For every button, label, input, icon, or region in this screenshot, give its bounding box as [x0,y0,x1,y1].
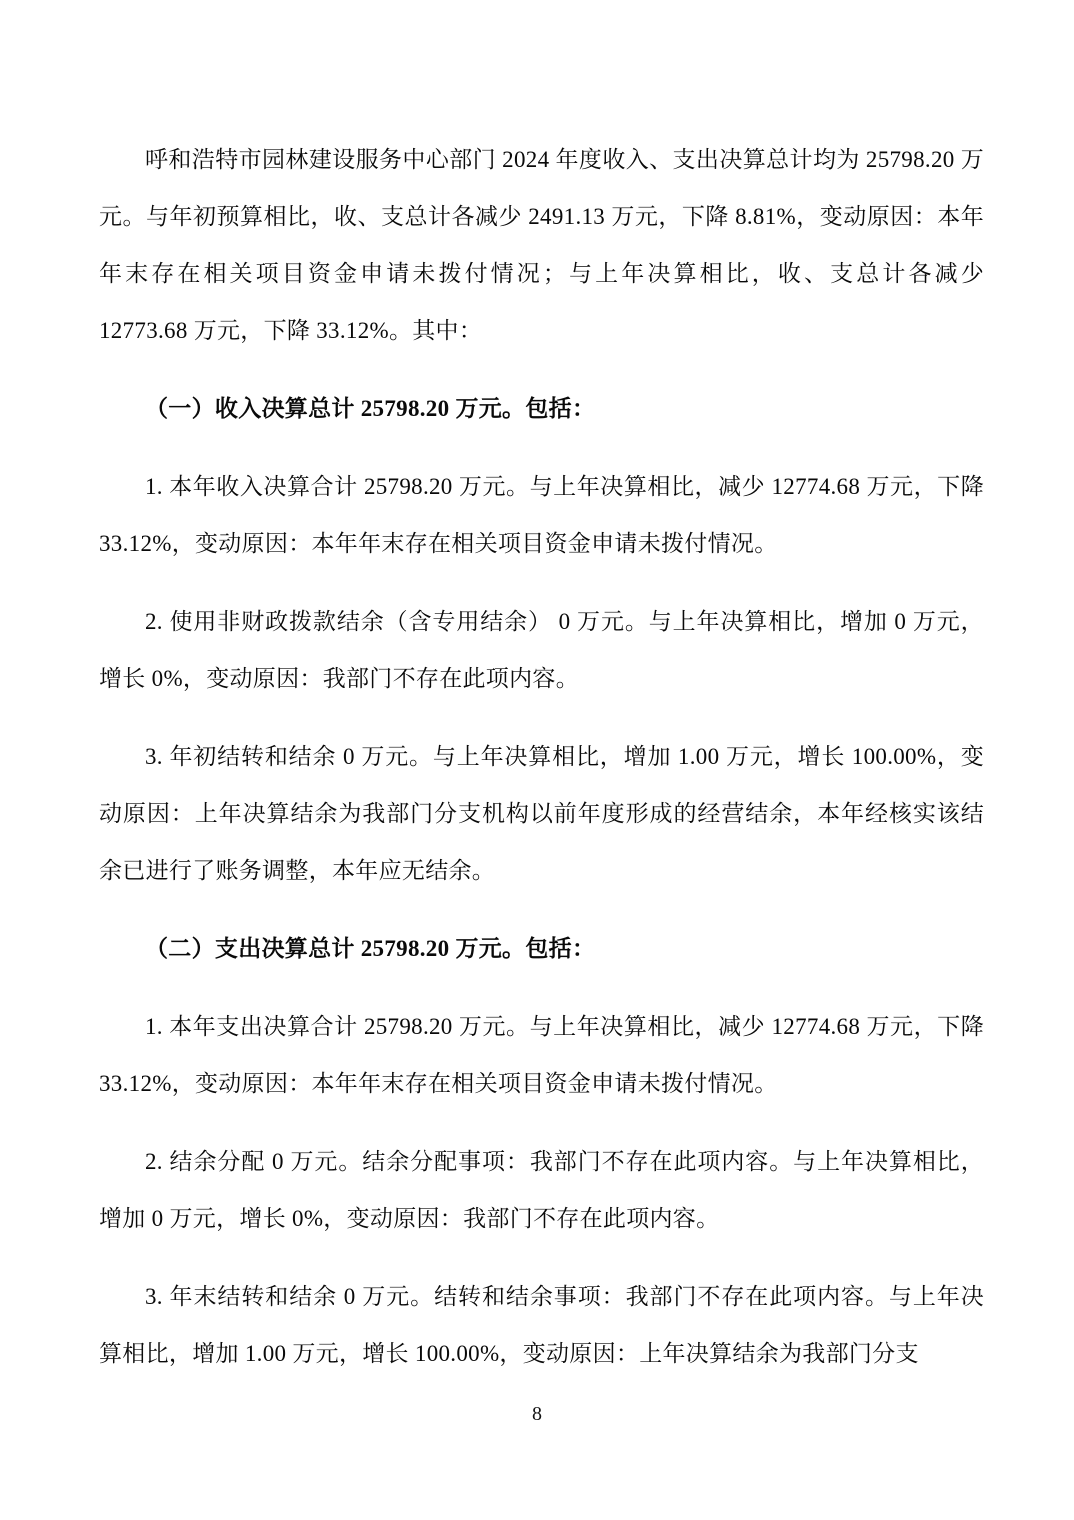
page-number: 8 [0,1403,1074,1426]
paragraph-income-item-1: 1. 本年收入决算合计 25798.20 万元。与上年决算相比，减少 12774… [99,458,984,572]
paragraph-expenditure-item-3: 3. 年末结转和结余 0 万元。结转和结余事项：我部门不存在此项内容。与上年决算… [99,1268,984,1382]
paragraph-expenditure-item-2: 2. 结余分配 0 万元。结余分配事项：我部门不存在此项内容。与上年决算相比，增… [99,1133,984,1247]
heading-expenditure-total: （二）支出决算总计 25798.20 万元。包括： [99,920,984,977]
paragraph-income-item-2: 2. 使用非财政拨款结余（含专用结余） 0 万元。与上年决算相比，增加 0 万元… [99,593,984,707]
document-page: 呼和浩特市园林建设服务中心部门 2024 年度收入、支出决算总计均为 25798… [0,0,1074,1520]
paragraph-expenditure-item-1: 1. 本年支出决算合计 25798.20 万元。与上年决算相比，减少 12774… [99,998,984,1112]
paragraph-summary: 呼和浩特市园林建设服务中心部门 2024 年度收入、支出决算总计均为 25798… [99,131,984,359]
document-body: 呼和浩特市园林建设服务中心部门 2024 年度收入、支出决算总计均为 25798… [99,131,984,1382]
heading-income-total: （一）收入决算总计 25798.20 万元。包括： [99,380,984,437]
paragraph-income-item-3: 3. 年初结转和结余 0 万元。与上年决算相比，增加 1.00 万元，增长 10… [99,728,984,899]
